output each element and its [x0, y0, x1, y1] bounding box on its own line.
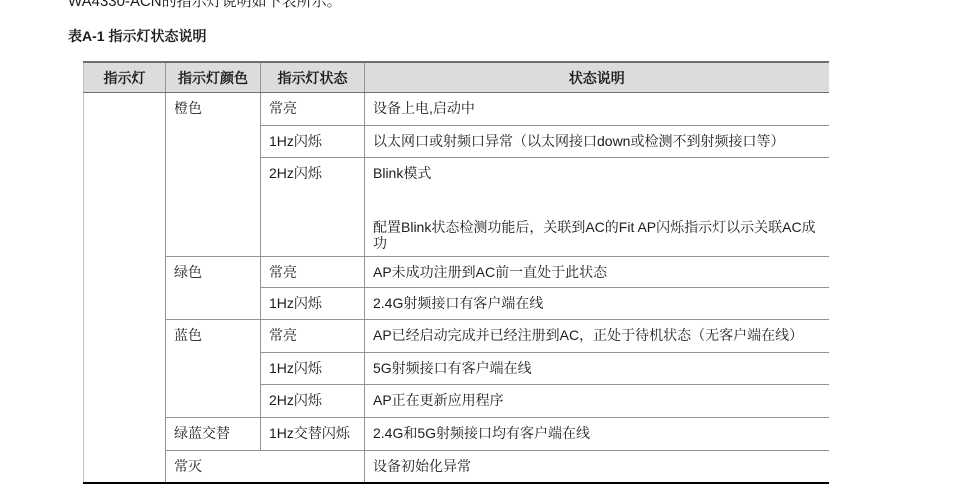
- state-cell: 常亮: [261, 320, 365, 353]
- state-cell: 1Hz闪烁: [261, 288, 365, 320]
- description-line-2: 配置Blink状态检测功能后，关联到AC的Fit AP闪烁指示灯以示关联AC成功: [373, 219, 821, 251]
- description-cell: 设备初始化异常: [365, 451, 829, 483]
- state-cell: 1Hz交替闪烁: [261, 418, 365, 451]
- indicator-cell: [84, 93, 166, 483]
- table-row: 绿蓝交替 1Hz交替闪烁 2.4G和5G射频接口均有客户端在线: [84, 418, 829, 451]
- col-header-state: 指示灯状态: [261, 62, 365, 93]
- intro-text: WA4330-ACN的指示灯说明如下表所示。: [68, 0, 342, 11]
- color-cell-off: 常灭: [166, 451, 365, 483]
- description-cell: AP未成功注册到AC前一直处于此状态: [365, 257, 829, 288]
- table-caption: 表A-1 指示灯状态说明: [68, 26, 206, 46]
- color-cell-green: 绿色: [166, 257, 261, 320]
- description-cell: 5G射频接口有客户端在线: [365, 353, 829, 385]
- description-cell: 2.4G和5G射频接口均有客户端在线: [365, 418, 829, 451]
- description-cell: 以太网口或射频口异常（以太网接口down或检测不到射频接口等）: [365, 126, 829, 158]
- state-cell: 2Hz闪烁: [261, 385, 365, 418]
- description-cell: AP已经启动完成并已经注册到AC，正处于待机状态（无客户端在线）: [365, 320, 829, 353]
- description-cell: Blink模式 配置Blink状态检测功能后，关联到AC的Fit AP闪烁指示灯…: [365, 158, 829, 257]
- paragraph-spacer: [373, 181, 821, 219]
- state-cell: 1Hz闪烁: [261, 353, 365, 385]
- state-cell: 1Hz闪烁: [261, 126, 365, 158]
- state-cell: 2Hz闪烁: [261, 158, 365, 257]
- col-header-description: 状态说明: [365, 62, 829, 93]
- description-cell: 2.4G射频接口有客户端在线: [365, 288, 829, 320]
- indicator-status-table: 指示灯 指示灯颜色 指示灯状态 状态说明 橙色 常亮 设备上电,启动中 1Hz闪…: [83, 61, 829, 484]
- document-page: WA4330-ACN的指示灯说明如下表所示。 表A-1 指示灯状态说明 指示灯 …: [0, 0, 963, 501]
- description-cell: 设备上电,启动中: [365, 93, 829, 126]
- table-header-row: 指示灯 指示灯颜色 指示灯状态 状态说明: [84, 62, 829, 93]
- col-header-color: 指示灯颜色: [166, 62, 261, 93]
- description-line-1: Blink模式: [373, 165, 821, 181]
- table-row: 常灭 设备初始化异常: [84, 451, 829, 483]
- color-cell-green-blue-alternate: 绿蓝交替: [166, 418, 261, 451]
- color-cell-orange: 橙色: [166, 93, 261, 257]
- table-row: 绿色 常亮 AP未成功注册到AC前一直处于此状态: [84, 257, 829, 288]
- col-header-indicator: 指示灯: [84, 62, 166, 93]
- state-cell: 常亮: [261, 257, 365, 288]
- state-cell: 常亮: [261, 93, 365, 126]
- description-cell: AP正在更新应用程序: [365, 385, 829, 418]
- table-row: 橙色 常亮 设备上电,启动中: [84, 93, 829, 126]
- table-row: 蓝色 常亮 AP已经启动完成并已经注册到AC，正处于待机状态（无客户端在线）: [84, 320, 829, 353]
- color-cell-blue: 蓝色: [166, 320, 261, 418]
